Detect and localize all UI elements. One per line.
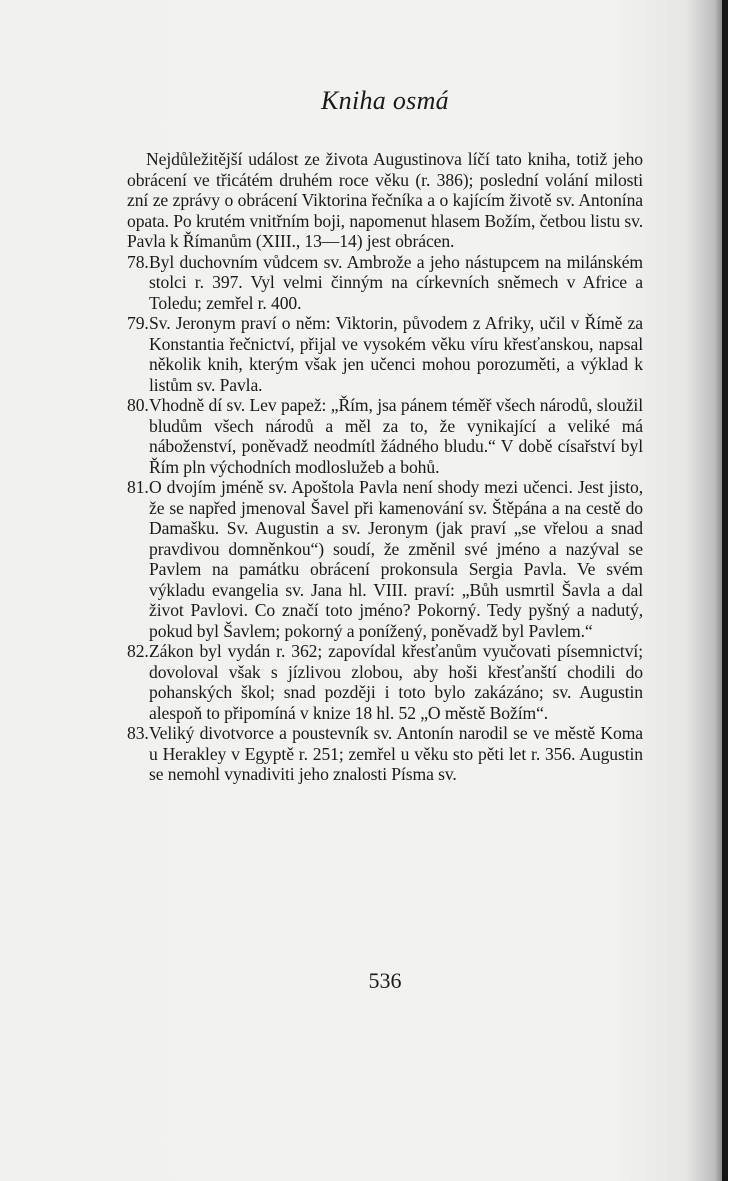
running-head: Kniha osmá <box>0 86 753 116</box>
note-80: 80. Vhodně dí sv. Lev papež: „Řím, jsa p… <box>127 395 643 477</box>
note-text: Vhodně dí sv. Lev papež: „Řím, jsa pánem… <box>149 395 643 477</box>
note-text: Sv. Jeronym praví o něm: Viktorin, původ… <box>149 313 643 395</box>
note-79: 79. Sv. Jeronym praví o něm: Viktorin, p… <box>127 313 643 395</box>
note-82: 82. Zákon byl vydán r. 362; zapovídal kř… <box>127 641 643 723</box>
note-number: 80. <box>127 395 149 416</box>
note-text: Veliký divotvorce a poustevník sv. Anton… <box>149 723 643 784</box>
note-number: 83. <box>127 723 149 744</box>
note-number: 78. <box>127 252 149 273</box>
note-number: 81. <box>127 477 149 498</box>
note-number: 79. <box>127 313 149 334</box>
note-number: 82. <box>127 641 149 662</box>
note-83: 83. Veliký divotvorce a poustevník sv. A… <box>127 723 643 785</box>
note-78: 78. Byl duchovním vůdcem sv. Ambrože a j… <box>127 252 643 314</box>
notes-body: Nejdůležitější událost ze života Augusti… <box>127 149 643 785</box>
note-text: O dvojím jméně sv. Apoštola Pavla není s… <box>149 477 643 641</box>
scan-margin <box>728 0 753 1181</box>
note-text: Zákon byl vydán r. 362; zapovídal křesťa… <box>149 641 643 723</box>
note-81: 81. O dvojím jméně sv. Apoštola Pavla ne… <box>127 477 643 641</box>
intro-paragraph: Nejdůležitější událost ze života Augusti… <box>127 149 643 252</box>
page-number: 536 <box>0 968 753 994</box>
note-text: Byl duchovním vůdcem sv. Ambrože a jeho … <box>149 252 643 313</box>
